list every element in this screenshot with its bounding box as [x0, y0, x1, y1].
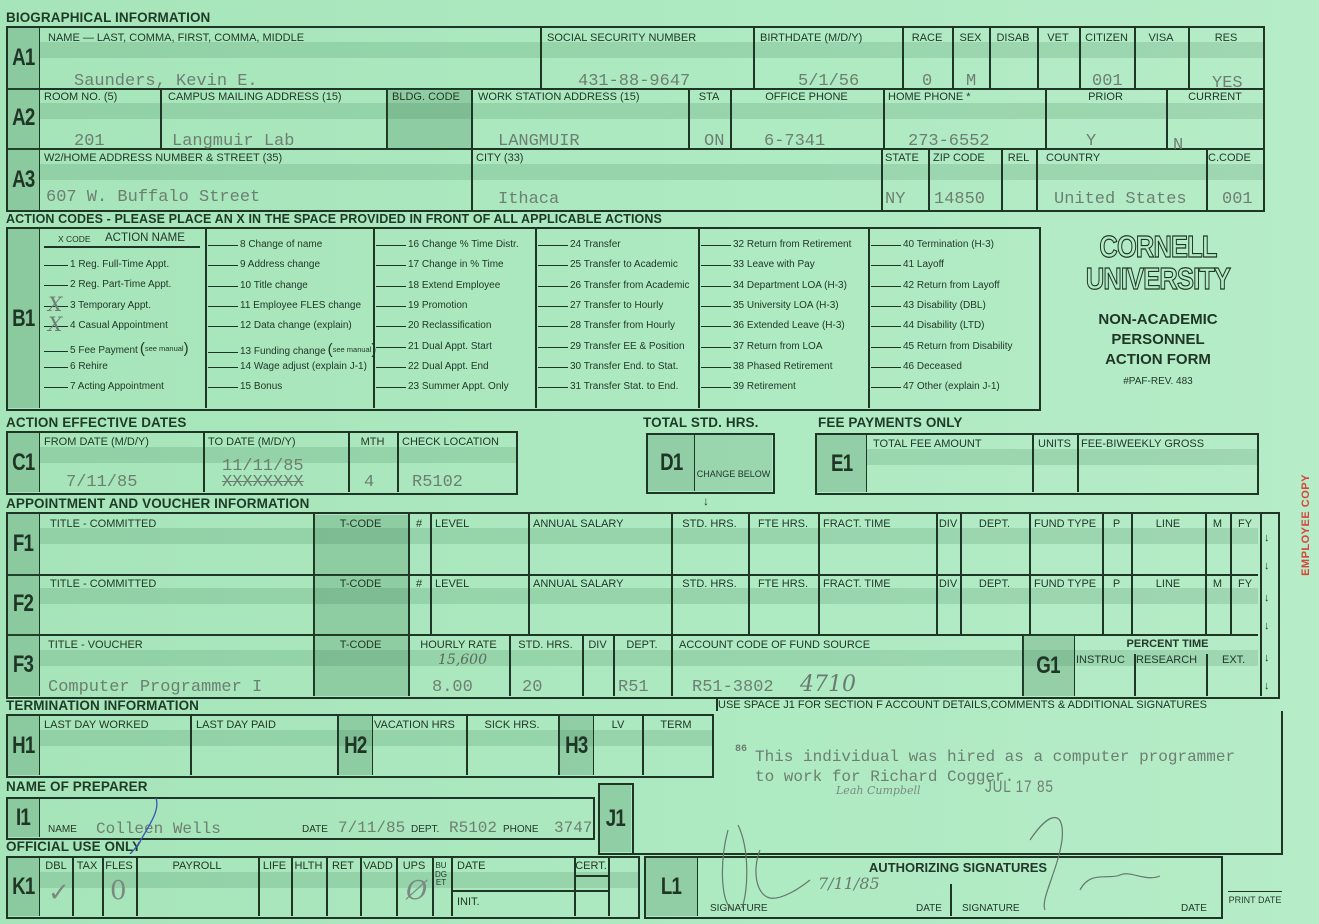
label-country: COUNTRY	[1046, 152, 1100, 164]
action-code-item[interactable]: 29 Transfer EE & Position	[538, 341, 685, 352]
action-code-item[interactable]: 46 Deceased	[871, 361, 962, 372]
effective-dates-box: C1 FROM DATE (M/D/Y) 7/11/85 TO DATE (M/…	[6, 431, 518, 495]
label-total-fee: TOTAL FEE AMOUNT	[873, 438, 982, 450]
code-f3: F3	[8, 634, 40, 696]
field-zip[interactable]: 14850	[934, 190, 985, 209]
action-code-label: 41 Layoff	[903, 259, 944, 270]
section-action-codes: ACTION CODES - PLEASE PLACE AN X IN THE …	[6, 212, 662, 226]
field-current[interactable]: N	[1173, 136, 1183, 155]
label-visa: VISA	[1134, 32, 1188, 44]
section-appointment: APPOINTMENT AND VOUCHER INFORMATION	[6, 496, 310, 511]
code-c1: C1	[8, 433, 40, 492]
label-fund-committed: FUND TYPE	[1034, 518, 1096, 530]
action-code-blank[interactable]	[376, 347, 406, 348]
label-num-committed: #	[408, 578, 430, 590]
action-code-blank[interactable]	[538, 265, 568, 266]
label-office-phone: OFFICE PHONE	[730, 91, 883, 103]
field-birthdate[interactable]: 5/1/56	[798, 72, 859, 91]
action-code-item[interactable]: 43 Disability (DBL)	[871, 300, 986, 311]
arrow-down-icon: ↓	[1264, 652, 1270, 664]
action-code-blank[interactable]	[538, 306, 568, 307]
label-home-phone: HOME PHONE *	[888, 91, 971, 103]
action-code-label: 8 Change of name	[240, 239, 322, 250]
action-code-item[interactable]: 24 Transfer	[538, 239, 621, 250]
action-code-item[interactable]: 21 Dual Appt. Start	[376, 341, 492, 352]
label-citizen: CITIZEN	[1079, 32, 1134, 44]
action-code-item[interactable]: 9 Address change	[208, 259, 320, 270]
action-code-blank[interactable]	[376, 245, 406, 246]
handwritten-signatures	[690, 790, 1170, 920]
action-code-blank[interactable]	[208, 286, 238, 287]
action-code-blank[interactable]	[208, 265, 238, 266]
field-name[interactable]: Saunders, Kevin E.	[74, 72, 258, 91]
action-code-blank[interactable]	[538, 347, 568, 348]
action-code-blank[interactable]	[701, 265, 731, 266]
arrow-down-icon: ↓	[1264, 680, 1270, 692]
label-state: STATE	[885, 152, 919, 164]
field-ccode[interactable]: 001	[1222, 190, 1253, 209]
label-title-committed: TITLE - COMMITTED	[50, 518, 156, 530]
action-code-blank[interactable]	[376, 306, 406, 307]
label-std-committed: STD. HRS.	[671, 578, 748, 590]
label-payroll: PAYROLL	[136, 860, 258, 872]
action-code-item[interactable]: 44 Disability (LTD)	[871, 320, 985, 331]
total-std-hrs-box: D1 CHANGE BELOW	[646, 433, 775, 494]
action-code-blank[interactable]	[701, 306, 731, 307]
label-campus-address: CAMPUS MAILING ADDRESS (15)	[168, 91, 342, 103]
field-office-phone[interactable]: 6-7341	[764, 132, 825, 151]
label-salary-committed: ANNUAL SALARY	[533, 578, 623, 590]
action-code-blank[interactable]	[538, 387, 568, 388]
label-div-committed: DIV	[936, 578, 960, 590]
action-code-item[interactable]: 28 Transfer from Hourly	[538, 320, 675, 331]
label-budget: BUDGET	[435, 862, 447, 888]
label-m-committed: M	[1205, 578, 1230, 590]
section-effective-dates: ACTION EFFECTIVE DATES	[6, 415, 186, 430]
action-code-blank[interactable]	[208, 352, 238, 353]
action-code-label: 40 Termination (H-3)	[903, 239, 994, 250]
label-k1-init: INIT.	[457, 896, 480, 908]
arrow-down-icon: ↓	[1264, 560, 1270, 572]
action-code-blank[interactable]	[701, 286, 731, 287]
action-code-blank[interactable]	[871, 367, 901, 368]
label-rel: REL	[1001, 152, 1036, 164]
label-vadd: VADD	[360, 860, 396, 872]
label-home-street: W2/HOME ADDRESS NUMBER & STREET (35)	[44, 152, 282, 164]
action-code-label: 45 Return from Disability	[903, 341, 1012, 352]
field-race[interactable]: 0	[922, 72, 932, 91]
action-code-blank[interactable]	[701, 367, 731, 368]
action-code-label: 16 Change % Time Distr.	[408, 239, 519, 250]
label-preparer-phone: PHONE	[503, 824, 539, 835]
label-level-committed: LEVEL	[435, 578, 469, 590]
label-last-day-worked: LAST DAY WORKED	[44, 719, 149, 731]
label-name: NAME — LAST, COMMA, FIRST, COMMA, MIDDLE	[48, 32, 304, 44]
action-code-blank[interactable]	[871, 347, 901, 348]
label-last-day-paid: LAST DAY PAID	[196, 719, 276, 731]
label-fy-committed: FY	[1230, 578, 1260, 590]
field-country[interactable]: United States	[1054, 190, 1187, 209]
label-fte-committed: FTE HRS.	[748, 518, 818, 530]
action-code-item[interactable]: 30 Transfer End. to Stat.	[538, 361, 678, 372]
label-vacation-hrs: VACATION HRS	[374, 719, 455, 731]
code-h2: H2	[338, 716, 373, 775]
code-f1: F1	[8, 514, 40, 574]
label-biweekly-gross: FEE-BIWEEKLY GROSS	[1081, 438, 1204, 450]
field-check-location[interactable]: R5102	[412, 473, 463, 492]
code-e1: E1	[817, 435, 867, 492]
form-title-line2: PERSONNEL	[1048, 330, 1268, 350]
field-sex[interactable]: M	[966, 72, 976, 91]
field-campus-address[interactable]: Langmuir Lab	[172, 132, 294, 151]
j1-prefix: 86	[735, 744, 747, 755]
action-code-label: 12 Data change (explain)	[240, 320, 352, 331]
x-mark-icon: X	[48, 312, 62, 336]
label-ssn: SOCIAL SECURITY NUMBER	[547, 32, 696, 44]
field-citizen[interactable]: 001	[1092, 72, 1123, 91]
label-preparer-date: DATE	[302, 824, 328, 835]
employee-copy-label: EMPLOYEE COPY	[1296, 455, 1316, 595]
field-hourly-rate[interactable]: 8.00	[432, 678, 473, 697]
action-code-item[interactable]: 12 Data change (explain)	[208, 320, 352, 331]
label-room: ROOM NO. (5)	[44, 91, 117, 103]
action-code-label: 9 Address change	[240, 259, 320, 270]
field-home-street[interactable]: 607 W. Buffalo Street	[46, 188, 260, 207]
label-account-code: ACCOUNT CODE OF FUND SOURCE	[679, 639, 870, 651]
action-code-item[interactable]: 2 Reg. Part-Time Appt.	[44, 279, 171, 290]
action-code-label: 11 Employee FLES change	[240, 300, 361, 311]
field-to-date-struck: XXXXXXXX	[222, 473, 304, 492]
institution-line1: CORNELL	[1068, 232, 1248, 262]
action-code-blank[interactable]	[208, 306, 238, 307]
action-code-label: 36 Extended Leave (H-3)	[733, 320, 845, 331]
action-code-item[interactable]: 17 Change in % Time	[376, 259, 504, 270]
label-title-voucher: TITLE - VOUCHER	[48, 639, 143, 651]
blue-pen-stroke	[120, 794, 170, 854]
action-code-item[interactable]: 10 Title change	[208, 280, 308, 291]
action-code-label: 17 Change in % Time	[408, 259, 504, 270]
action-code-label: 39 Retirement	[733, 381, 796, 392]
action-code-blank[interactable]	[376, 265, 406, 266]
action-code-label: 5 Fee Payment	[70, 345, 138, 356]
action-code-label: 35 University LOA (H-3)	[733, 300, 839, 311]
field-home-phone[interactable]: 273-6552	[908, 132, 990, 151]
label-fund-committed: FUND TYPE	[1034, 578, 1096, 590]
action-code-item[interactable]: 5 Fee Payment(see manual)	[44, 340, 189, 357]
label-bldg-code: BLDG. CODE	[392, 91, 460, 103]
label-dept-committed: DEPT.	[960, 518, 1029, 530]
j1-code-frame: J1	[598, 783, 634, 855]
action-code-blank[interactable]	[701, 387, 731, 388]
action-code-blank[interactable]	[376, 286, 406, 287]
code-a3: A3	[8, 148, 40, 211]
preparer-box: I1 NAME Colleen Wells DATE 7/11/85 DEPT.…	[6, 797, 595, 840]
label-p-committed: P	[1102, 578, 1131, 590]
action-code-blank[interactable]	[871, 265, 901, 266]
label-dept-committed: DEPT.	[960, 578, 1029, 590]
action-code-label: 14 Wage adjust (explain J-1)	[240, 361, 367, 372]
action-code-blank[interactable]	[44, 351, 68, 352]
label-tcode-committed: T-CODE	[313, 518, 408, 530]
section-termination: TERMINATION INFORMATION	[6, 698, 199, 713]
appointment-box: F1 F2 F3 TITLE - COMMITTEDT-CODE#LEVELAN…	[6, 512, 1280, 699]
label-work-station: WORK STATION ADDRESS (15)	[478, 91, 640, 103]
form-number: #PAF-REV. 483	[1048, 376, 1268, 387]
action-code-label: 19 Promotion	[408, 300, 467, 311]
action-code-item[interactable]: 42 Return from Layoff	[871, 280, 1000, 291]
label-res: RES	[1188, 32, 1264, 44]
label-tcode-committed: T-CODE	[313, 578, 408, 590]
field-sta[interactable]: ON	[704, 132, 724, 151]
field-state[interactable]: NY	[885, 190, 905, 209]
action-code-blank[interactable]	[871, 245, 901, 246]
field-room[interactable]: 201	[74, 132, 105, 151]
cornell-logo: CORNELL UNIVERSITY NON-ACADEMIC PERSONNE…	[1048, 232, 1268, 387]
j1-instruction: USE SPACE J1 FOR SECTION F ACCOUNT DETAI…	[718, 699, 1207, 711]
action-code-blank[interactable]	[871, 306, 901, 307]
label-xcode: X CODE	[58, 234, 91, 244]
official-use-box: K1 DBL ✓ TAX FLES 0 PAYROLL LIFE HLTH RE…	[6, 856, 640, 919]
action-code-item[interactable]: 37 Return from LOA	[701, 341, 822, 352]
arrow-down-icon: ↓	[1264, 532, 1270, 544]
section-total-std-hrs: TOTAL STD. HRS.	[643, 415, 759, 430]
action-code-blank[interactable]	[376, 387, 406, 388]
label-race: RACE	[902, 32, 952, 44]
code-f2: F2	[8, 574, 40, 634]
action-code-item[interactable]: 15 Bonus	[208, 381, 282, 392]
action-code-blank[interactable]	[208, 387, 238, 388]
action-code-blank[interactable]	[44, 265, 68, 266]
label-check-location: CHECK LOCATION	[402, 436, 499, 448]
field-work-station[interactable]: LANGMUIR	[498, 132, 580, 151]
label-tax: TAX	[72, 860, 102, 872]
field-city[interactable]: Ithaca	[498, 190, 559, 209]
action-code-item[interactable]: 7 Acting Appointment	[44, 381, 164, 392]
action-code-label: 18 Extend Employee	[408, 280, 500, 291]
action-code-label: 25 Transfer to Academic	[570, 259, 678, 270]
action-code-item[interactable]: 39 Retirement	[701, 381, 796, 392]
field-preparer-dept[interactable]: R5102	[449, 819, 497, 837]
action-code-label: 28 Transfer from Hourly	[570, 320, 675, 331]
label-current: CURRENT	[1166, 91, 1264, 103]
field-from-date[interactable]: 7/11/85	[66, 473, 137, 492]
action-code-blank[interactable]	[208, 367, 238, 368]
action-code-blank[interactable]	[44, 367, 68, 368]
action-code-item[interactable]: 11 Employee FLES change	[208, 300, 361, 311]
action-code-label: 38 Phased Retirement	[733, 361, 833, 372]
action-code-item[interactable]: 4 Casual AppointmentX	[44, 320, 168, 331]
see-manual-note: (see manual)	[328, 341, 377, 358]
field-fles[interactable]: 0	[110, 876, 127, 906]
action-code-item[interactable]: 33 Leave with Pay	[701, 259, 815, 270]
action-code-item[interactable]: 36 Extended Leave (H-3)	[701, 320, 845, 331]
action-code-blank[interactable]	[871, 286, 901, 287]
action-code-label: 23 Summer Appt. Only	[408, 381, 509, 392]
label-sick-hrs: SICK HRS.	[466, 719, 558, 731]
code-h3: H3	[559, 716, 594, 775]
action-code-item[interactable]: 1 Reg. Full-Time Appt.	[44, 259, 169, 270]
label-line-committed: LINE	[1131, 578, 1205, 590]
field-dept-voucher[interactable]: R51	[618, 678, 649, 697]
label-std-committed: STD. HRS.	[671, 518, 748, 530]
field-ups[interactable]: Ø	[406, 876, 427, 906]
section-preparer: NAME OF PREPARER	[6, 779, 148, 794]
field-preparer-date[interactable]: 7/11/85	[338, 819, 405, 837]
action-code-label: 46 Deceased	[903, 361, 962, 372]
action-code-label: 26 Transfer from Academic	[570, 280, 690, 291]
label-std-hrs-voucher: STD. HRS.	[509, 639, 582, 651]
label-num-committed: #	[408, 518, 430, 530]
action-code-label: 7 Acting Appointment	[70, 381, 164, 392]
code-b1: B1	[8, 229, 40, 408]
label-percent-time: PERCENT TIME	[1075, 638, 1260, 650]
action-code-item[interactable]: 38 Phased Retirement	[701, 361, 833, 372]
label-p-committed: P	[1102, 518, 1131, 530]
action-code-label: 29 Transfer EE & Position	[570, 341, 685, 352]
label-instruc: INSTRUC	[1076, 654, 1125, 666]
action-code-label: 37 Return from LOA	[733, 341, 822, 352]
action-code-blank[interactable]	[44, 285, 68, 286]
label-zip: ZIP CODE	[933, 152, 985, 164]
label-ups: UPS	[396, 860, 432, 872]
field-ssn[interactable]: 431-88-9647	[578, 72, 690, 91]
label-fy-committed: FY	[1230, 518, 1260, 530]
action-code-label: 32 Return from Retirement	[733, 239, 851, 250]
handwritten-annual-note: 15,600	[438, 652, 487, 668]
check-mark-icon: ✓	[48, 878, 70, 908]
field-title-voucher[interactable]: Computer Programmer I	[48, 678, 262, 697]
label-fte-committed: FTE HRS.	[748, 578, 818, 590]
form-title-line1: NON-ACADEMIC	[1048, 310, 1268, 330]
action-code-item[interactable]: 14 Wage adjust (explain J-1)	[208, 361, 367, 372]
label-dbl: DBL	[40, 860, 72, 872]
action-code-item[interactable]: 18 Extend Employee	[376, 280, 500, 291]
label-preparer-dept: DEPT.	[411, 824, 439, 835]
action-code-item[interactable]: 19 Promotion	[376, 300, 467, 311]
label-units: UNITS	[1032, 438, 1077, 450]
action-code-blank[interactable]	[871, 326, 901, 327]
form-title-line3: ACTION FORM	[1048, 350, 1268, 370]
label-city: CITY (33)	[476, 152, 523, 164]
action-code-blank[interactable]	[44, 387, 68, 388]
action-code-blank[interactable]	[376, 367, 406, 368]
action-code-label: 27 Transfer to Hourly	[570, 300, 663, 311]
action-code-label: 10 Title change	[240, 280, 308, 291]
action-code-item[interactable]: 41 Layoff	[871, 259, 944, 270]
field-preparer-phone[interactable]: 3747	[554, 819, 592, 837]
action-code-item[interactable]: 13 Funding change(see manual)	[208, 341, 376, 358]
label-line-committed: LINE	[1131, 518, 1205, 530]
action-code-item[interactable]: 23 Summer Appt. Only	[376, 381, 509, 392]
label-life: LIFE	[258, 860, 291, 872]
action-code-blank[interactable]	[701, 347, 731, 348]
action-code-label: 44 Disability (LTD)	[903, 320, 985, 331]
action-code-label: 42 Return from Layoff	[903, 280, 1000, 291]
field-mth[interactable]: 4	[364, 473, 374, 492]
label-div-committed: DIV	[936, 518, 960, 530]
code-j1: J1	[600, 785, 631, 852]
action-code-blank[interactable]	[538, 367, 568, 368]
action-code-blank[interactable]	[701, 245, 731, 246]
action-code-item[interactable]: 6 Rehire	[44, 361, 108, 372]
action-code-blank[interactable]	[701, 326, 731, 327]
action-code-label: 13 Funding change	[240, 346, 326, 357]
action-code-blank[interactable]	[538, 326, 568, 327]
action-code-label: 20 Reclassification	[408, 320, 491, 331]
action-code-item[interactable]: 40 Termination (H-3)	[871, 239, 994, 250]
action-code-label: 30 Transfer End. to Stat.	[570, 361, 678, 372]
action-code-item[interactable]: 25 Transfer to Academic	[538, 259, 678, 270]
code-k1: K1	[8, 858, 40, 916]
action-code-label: 6 Rehire	[70, 361, 108, 372]
arrow-down-icon: ↓	[1264, 620, 1270, 632]
action-code-label: 31 Transfer Stat. to End.	[570, 381, 678, 392]
label-fract-committed: FRACT. TIME	[823, 578, 891, 590]
action-code-item[interactable]: 3 Temporary Appt.X	[44, 300, 151, 311]
label-cert: CERT.	[574, 860, 608, 872]
action-code-blank[interactable]	[538, 245, 568, 246]
action-code-item[interactable]: 20 Reclassification	[376, 320, 491, 331]
label-sex: SEX	[952, 32, 989, 44]
action-code-item[interactable]: 32 Return from Retirement	[701, 239, 851, 250]
action-code-item[interactable]: 27 Transfer to Hourly	[538, 300, 663, 311]
action-code-label: 15 Bonus	[240, 381, 282, 392]
action-code-item[interactable]: 35 University LOA (H-3)	[701, 300, 839, 311]
action-code-blank[interactable]	[871, 387, 901, 388]
label-fract-committed: FRACT. TIME	[823, 518, 891, 530]
label-research: RESEARCH	[1136, 654, 1197, 666]
action-code-item[interactable]: 45 Return from Disability	[871, 341, 1012, 352]
label-div-voucher: DIV	[582, 639, 613, 651]
action-code-label: 24 Transfer	[570, 239, 621, 250]
code-a1: A1	[8, 28, 40, 88]
code-h1: H1	[8, 716, 40, 775]
label-birthdate: BIRTHDATE (M/D/Y)	[760, 32, 862, 44]
action-code-item[interactable]: 8 Change of name	[208, 239, 322, 250]
label-prior: PRIOR	[1045, 91, 1166, 103]
code-g1: G1	[1023, 635, 1075, 696]
action-code-blank[interactable]	[376, 326, 406, 327]
field-std-hrs-voucher[interactable]: 20	[522, 678, 542, 697]
institution-line2: UNIVERSITY	[1068, 262, 1248, 296]
action-code-label: 21 Dual Appt. Start	[408, 341, 492, 352]
action-code-item[interactable]: 34 Department LOA (H-3)	[701, 280, 847, 291]
code-d1: D1	[648, 435, 695, 491]
action-code-item[interactable]: 16 Change % Time Distr.	[376, 239, 519, 250]
action-code-label: 34 Department LOA (H-3)	[733, 280, 847, 291]
action-code-label: 1 Reg. Full-Time Appt.	[70, 259, 169, 270]
label-date-2: DATE	[1181, 903, 1207, 914]
label-vet: VET	[1037, 32, 1079, 44]
field-account-code[interactable]: R51-3802	[692, 678, 774, 697]
action-code-blank[interactable]	[208, 326, 238, 327]
section-biographical: BIOGRAPHICAL INFORMATION	[6, 10, 210, 25]
label-sta: STA	[688, 91, 730, 103]
action-code-item[interactable]: 31 Transfer Stat. to End.	[538, 381, 678, 392]
action-code-label: 47 Other (explain J-1)	[903, 381, 1000, 392]
action-code-item[interactable]: 26 Transfer from Academic	[538, 280, 690, 291]
action-code-blank[interactable]	[538, 286, 568, 287]
action-code-blank[interactable]	[208, 245, 238, 246]
j1-comment-line1[interactable]: This individual was hired as a computer …	[755, 748, 1235, 766]
action-code-item[interactable]: 47 Other (explain J-1)	[871, 381, 1000, 392]
label-ccode: C.CODE	[1208, 152, 1251, 164]
biographical-box: A1 A2 A3 NAME — LAST, COMMA, FIRST, COMM…	[6, 26, 1265, 212]
action-code-item[interactable]: 22 Dual Appt. End	[376, 361, 489, 372]
field-prior[interactable]: Y	[1086, 132, 1096, 151]
arrow-down-icon: ↓	[1264, 592, 1270, 604]
label-disab: DISAB	[989, 32, 1037, 44]
